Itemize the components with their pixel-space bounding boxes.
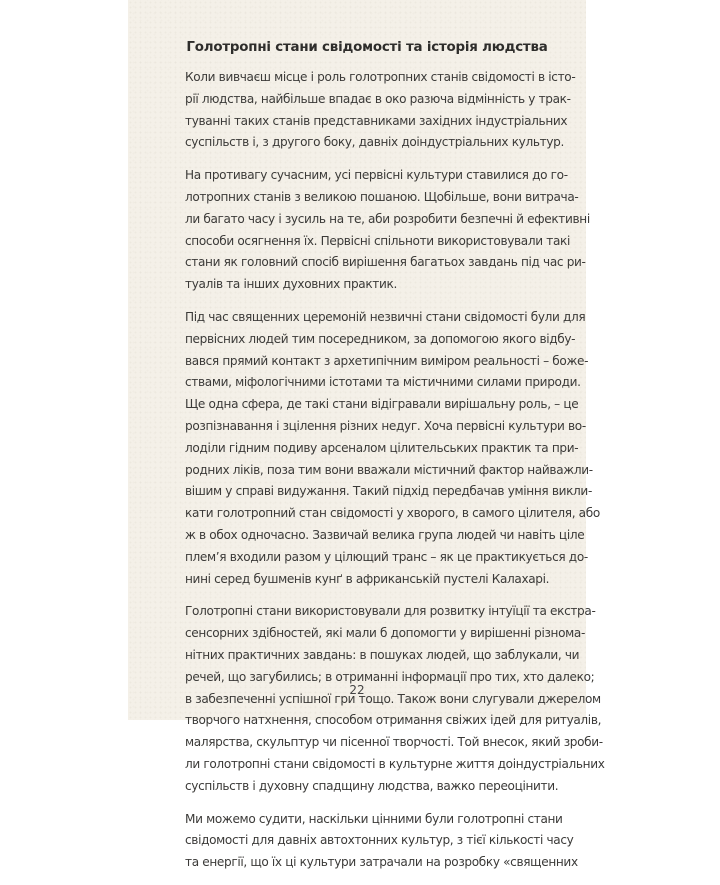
book-page: Голотропні стани свідомості та історія л… <box>128 0 586 720</box>
paragraph-1: Коли вивчаєш місце і роль голотропних ст… <box>185 67 549 154</box>
paragraph-3: Під час священних церемоній незвичні ста… <box>185 307 549 590</box>
text-line: стани як головний спосіб вирішення багат… <box>185 252 549 274</box>
text-line: лотропних станів з великою пошаною. Щобі… <box>185 187 549 209</box>
text-line: Ще одна сфера, де такі стани відігравали… <box>185 394 549 416</box>
text-line: творчого натхнення, способом отримання с… <box>185 710 549 720</box>
text-line: вався прямий контакт з архетипічним вимі… <box>185 351 549 373</box>
text-line: способи осягнення їх. Первісні спільноти… <box>185 231 549 253</box>
text-line: туванні таких станів представниками захі… <box>185 111 549 133</box>
paragraph-4: Голотропні стани використовували для роз… <box>185 601 549 720</box>
text-line: туалів та інших духовних практик. <box>185 274 549 296</box>
text-line: ж в обох одночасно. Зазвичай велика груп… <box>185 525 549 547</box>
text-line: Голотропні стани використовували для роз… <box>185 601 549 623</box>
text-line: розпізнавання і зцілення різних недуг. Х… <box>185 416 549 438</box>
chapter-heading: Голотропні стани свідомості та історія л… <box>185 38 549 58</box>
text-line: ствами, міфологічними істотами та містич… <box>185 372 549 394</box>
text-line: сенсорних здібностей, які мали б допомог… <box>185 623 549 645</box>
text-line: Коли вивчаєш місце і роль голотропних ст… <box>185 67 549 89</box>
text-line: лоділи гідним подиву арсеналом цілительс… <box>185 438 549 460</box>
page-number: 22 <box>128 683 586 697</box>
text-line: первісних людей тим посередником, за доп… <box>185 329 549 351</box>
text-line: нітних практичних завдань: в пошуках люд… <box>185 645 549 667</box>
text-line: рії людства, найбільше впадає в око разю… <box>185 89 549 111</box>
text-line: На противагу сучасним, усі первісні куль… <box>185 165 549 187</box>
text-line: нині серед бушменів кунґ в африканській … <box>185 569 549 591</box>
text-line: вішим у справі видужання. Такий підхід п… <box>185 481 549 503</box>
text-line: плем’я входили разом у цілющий транс – я… <box>185 547 549 569</box>
paragraph-2: На противагу сучасним, усі первісні куль… <box>185 165 549 296</box>
text-line: кати голотропний стан свідомості у хворо… <box>185 503 549 525</box>
text-line: суспільств і, з другого боку, давніх доі… <box>185 132 549 154</box>
text-line: Під час священних церемоній незвичні ста… <box>185 307 549 329</box>
text-line: родних ліків, поза тим вони вважали міст… <box>185 460 549 482</box>
page-content: Голотропні стани свідомості та історія л… <box>185 38 549 720</box>
text-line: ли багато часу і зусиль на те, аби розро… <box>185 209 549 231</box>
